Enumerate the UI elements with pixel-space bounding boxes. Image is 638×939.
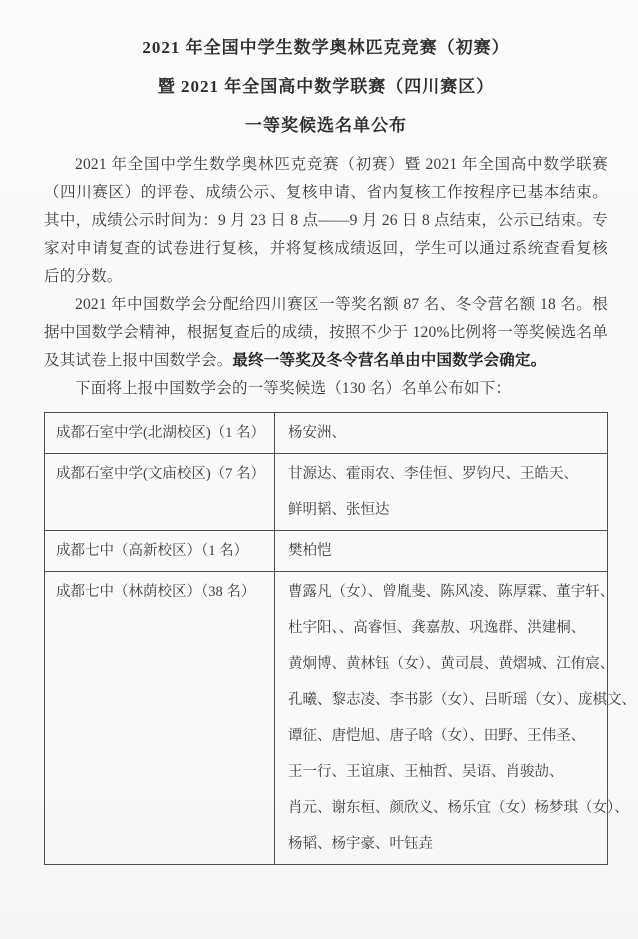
table-row-shishi-wenmiao: 成都石室中学(文庙校区)（7 名） 甘源达、霍雨农、李佳恒、罗钧尺、王皓天、 鲜… <box>45 454 608 531</box>
name-line: 肖元、谢东桓、颜欣义、杨乐宜（女）杨梦琪（女）、 <box>288 796 603 820</box>
table-row-shishi-beihu: 成都石室中学(北湖校区)（1 名） 杨安洲、 <box>45 413 608 454</box>
name-line: 曹露凡（女）、曾胤斐、陈风凌、陈厚霖、董宇轩、 <box>288 580 603 604</box>
document-page: 2021 年全国中学生数学奥林匹克竞赛（初赛） 暨 2021 年全国高中数学联赛… <box>0 0 638 939</box>
title-line-3: 一等奖候选名单公布 <box>44 106 608 145</box>
paragraph-review-process: 2021 年全国中学生数学奥林匹克竞赛（初赛）暨 2021 年全国高中数学联赛（… <box>44 151 608 291</box>
name-line: 樊柏恺 <box>288 539 603 563</box>
names-cell: 甘源达、霍雨农、李佳恒、罗钧尺、王皓天、 鲜明韬、张恒达 <box>275 454 608 531</box>
name-line: 杜宇阳、、高睿恒、龚嘉敖、巩逸群、洪建桐、 <box>288 616 603 640</box>
name-line: 杨安洲、 <box>288 421 603 445</box>
names-cell: 杨安洲、 <box>275 413 608 454</box>
school-cell: 成都七中（林荫校区）（38 名） <box>45 572 275 865</box>
names-cell: 樊柏恺 <box>275 531 608 572</box>
name-line: 杨韬、杨宇豪、叶钰垚 <box>288 832 603 856</box>
name-line: 甘源达、霍雨农、李佳恒、罗钧尺、王皓天、 <box>288 462 603 486</box>
name-line: 黄炯博、黄林钰（女）、黄司晨、黄熠城、江侑宸、 <box>288 652 603 676</box>
paragraph-quota-bold-note: 最终一等奖及冬令营名单由中国数学会确定。 <box>232 352 546 369</box>
paragraph-quota: 2021 年中国数学会分配给四川赛区一等奖名额 87 名、冬令营名额 18 名。… <box>44 291 608 375</box>
school-cell: 成都石室中学(文庙校区)（7 名） <box>45 454 275 531</box>
table-row-qizhong-linyin: 成都七中（林荫校区）（38 名） 曹露凡（女）、曾胤斐、陈风凌、陈厚霖、董宇轩、… <box>45 572 608 865</box>
candidate-table-body: 成都石室中学(北湖校区)（1 名） 杨安洲、 成都石室中学(文庙校区)（7 名）… <box>45 413 608 865</box>
school-cell: 成都石室中学(北湖校区)（1 名） <box>45 413 275 454</box>
names-cell: 曹露凡（女）、曾胤斐、陈风凌、陈厚霖、董宇轩、 杜宇阳、、高睿恒、龚嘉敖、巩逸群… <box>275 572 608 865</box>
document-title: 2021 年全国中学生数学奥林匹克竞赛（初赛） 暨 2021 年全国高中数学联赛… <box>44 28 608 145</box>
name-line: 王一行、王谊康、王柚哲、吴语、肖骏劼、 <box>288 760 603 784</box>
title-line-2: 暨 2021 年全国高中数学联赛（四川赛区） <box>44 67 608 106</box>
candidate-table: 成都石室中学(北湖校区)（1 名） 杨安洲、 成都石室中学(文庙校区)（7 名）… <box>44 412 608 865</box>
table-row-qizhong-gaoxin: 成都七中（高新校区）（1 名） 樊柏恺 <box>45 531 608 572</box>
name-line: 谭征、唐恺旭、唐子晗（女）、田野、王伟圣、 <box>288 724 603 748</box>
name-line: 孔曦、黎志凌、李书影（女）、吕昕瑶（女）、庞棋文、 <box>288 688 603 712</box>
school-cell: 成都七中（高新校区）（1 名） <box>45 531 275 572</box>
name-line: 鲜明韬、张恒达 <box>288 498 603 522</box>
title-line-1: 2021 年全国中学生数学奥林匹克竞赛（初赛） <box>44 28 608 67</box>
paragraph-list-intro: 下面将上报中国数学会的一等奖候选（130 名）名单公布如下： <box>44 375 608 403</box>
